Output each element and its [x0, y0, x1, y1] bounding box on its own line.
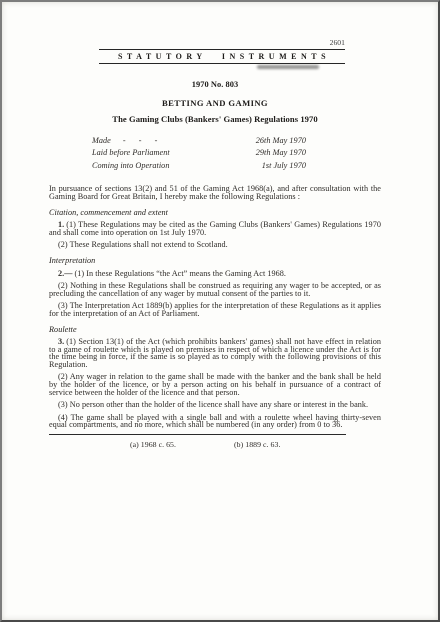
regulation-paragraph: 2.—(1) In these Regulations “the Act” me…: [49, 270, 381, 278]
regulation-text: (1) In these Regulations “the Act” means…: [74, 269, 286, 278]
footnotes: (a) 1968 c. 65. (b) 1889 c. 63.: [49, 441, 381, 449]
document-page: 2601 STATUTORY INSTRUMENTS 1970 No. 803 …: [0, 0, 440, 622]
regulation-paragraph: 3.(1) Section 13(1) of the Act (which pr…: [49, 338, 381, 368]
banner-rule-bottom: [99, 63, 345, 64]
footnote-b: (b) 1889 c. 63.: [234, 441, 280, 449]
preamble-paragraph: In pursuance of sections 13(2) and 51 of…: [49, 185, 381, 200]
date-row-laid: Laid before Parliament 29th May 1970: [92, 147, 306, 159]
date-row-operation: Coming into Operation 1st July 1970: [92, 160, 306, 172]
dash-leader: - - -: [111, 135, 158, 147]
regulation-text: (4) The game shall be played with a sing…: [49, 413, 381, 430]
footnote-a: (a) 1968 c. 65.: [130, 441, 176, 449]
regulation-paragraph: (3) The Interpretation Act 1889(b) appli…: [49, 302, 381, 317]
statutory-instruments-banner: STATUTORY INSTRUMENTS: [99, 50, 345, 64]
footnote-rule: [49, 434, 346, 435]
regulation-text: (1) These Regulations may be cited as th…: [49, 220, 381, 237]
regulation-text: (3) No person other than the holder of t…: [58, 400, 368, 409]
document-title: The Gaming Clubs (Bankers' Games) Regula…: [49, 116, 381, 124]
regulation-paragraph: (2) Any wager in relation to the game sh…: [49, 373, 381, 396]
regulation-text: (3) The Interpretation Act 1889(b) appli…: [49, 301, 381, 318]
page-number: 2601: [99, 39, 345, 47]
date-value: 1st July 1970: [262, 160, 306, 172]
regulation-paragraph: (2) Nothing in these Regulations shall b…: [49, 282, 381, 297]
regulation-text: (1) Section 13(1) of the Act (which proh…: [49, 337, 381, 369]
date-label: Coming into Operation: [92, 160, 169, 172]
section-interpretation: Interpretation 2.—(1) In these Regulatio…: [49, 257, 381, 318]
header-banner: 2601 STATUTORY INSTRUMENTS: [99, 39, 345, 69]
subject-heading: BETTING AND GAMING: [49, 100, 381, 108]
regulation-number: 2.—: [58, 269, 72, 278]
ink-smudge: [257, 65, 319, 69]
section-roulette: Roulette 3.(1) Section 13(1) of the Act …: [49, 326, 381, 430]
date-label: Laid before Parliament: [92, 147, 170, 159]
section-heading: Interpretation: [49, 257, 381, 265]
si-number-heading: 1970 No. 803: [49, 81, 381, 89]
regulation-text: (2) Any wager in relation to the game sh…: [49, 372, 381, 396]
regulation-paragraph: (3) No person other than the holder of t…: [49, 401, 381, 409]
regulation-text: (2) Nothing in these Regulations shall b…: [49, 281, 381, 298]
date-value: 29th May 1970: [256, 147, 306, 159]
regulation-paragraph: (4) The game shall be played with a sing…: [49, 414, 381, 429]
regulation-paragraph: 1.(1) These Regulations may be cited as …: [49, 221, 381, 236]
section-citation: Citation, commencement and extent 1.(1) …: [49, 209, 381, 249]
section-heading: Roulette: [49, 326, 381, 334]
regulation-paragraph: (2) These Regulations shall not extend t…: [49, 241, 381, 249]
date-row-made: Made - - - 26th May 1970: [92, 135, 306, 147]
date-value: 26th May 1970: [256, 135, 306, 147]
date-label: Made: [92, 135, 111, 147]
section-heading: Citation, commencement and extent: [49, 209, 381, 217]
regulation-text: (2) These Regulations shall not extend t…: [58, 240, 228, 249]
dates-table: Made - - - 26th May 1970 Laid before Par…: [92, 135, 306, 172]
